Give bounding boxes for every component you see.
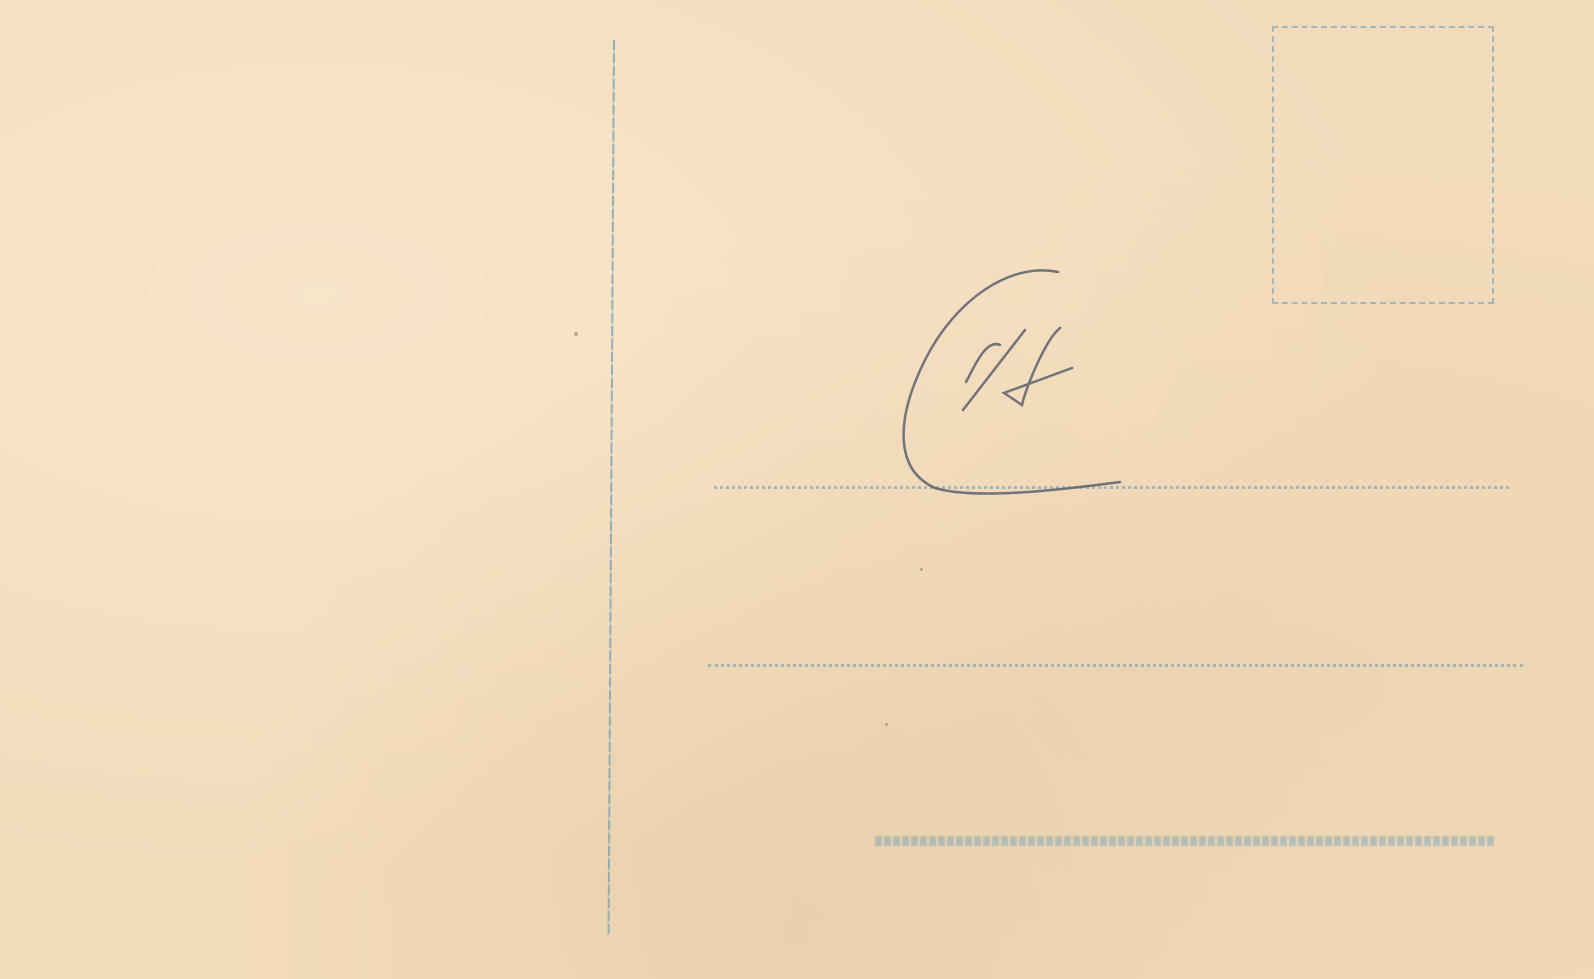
stamp-placement-box (1272, 26, 1494, 304)
address-line-1 (714, 486, 1509, 489)
paper-speck (920, 568, 923, 571)
address-line-2 (708, 664, 1523, 667)
paper-speck (574, 332, 578, 336)
center-divider-line (608, 40, 615, 935)
paper-speck (885, 723, 888, 726)
postcard-back: 18 (0, 0, 1594, 979)
svg-text:18: 18 (980, 469, 982, 471)
publisher-imprint (875, 836, 1495, 846)
